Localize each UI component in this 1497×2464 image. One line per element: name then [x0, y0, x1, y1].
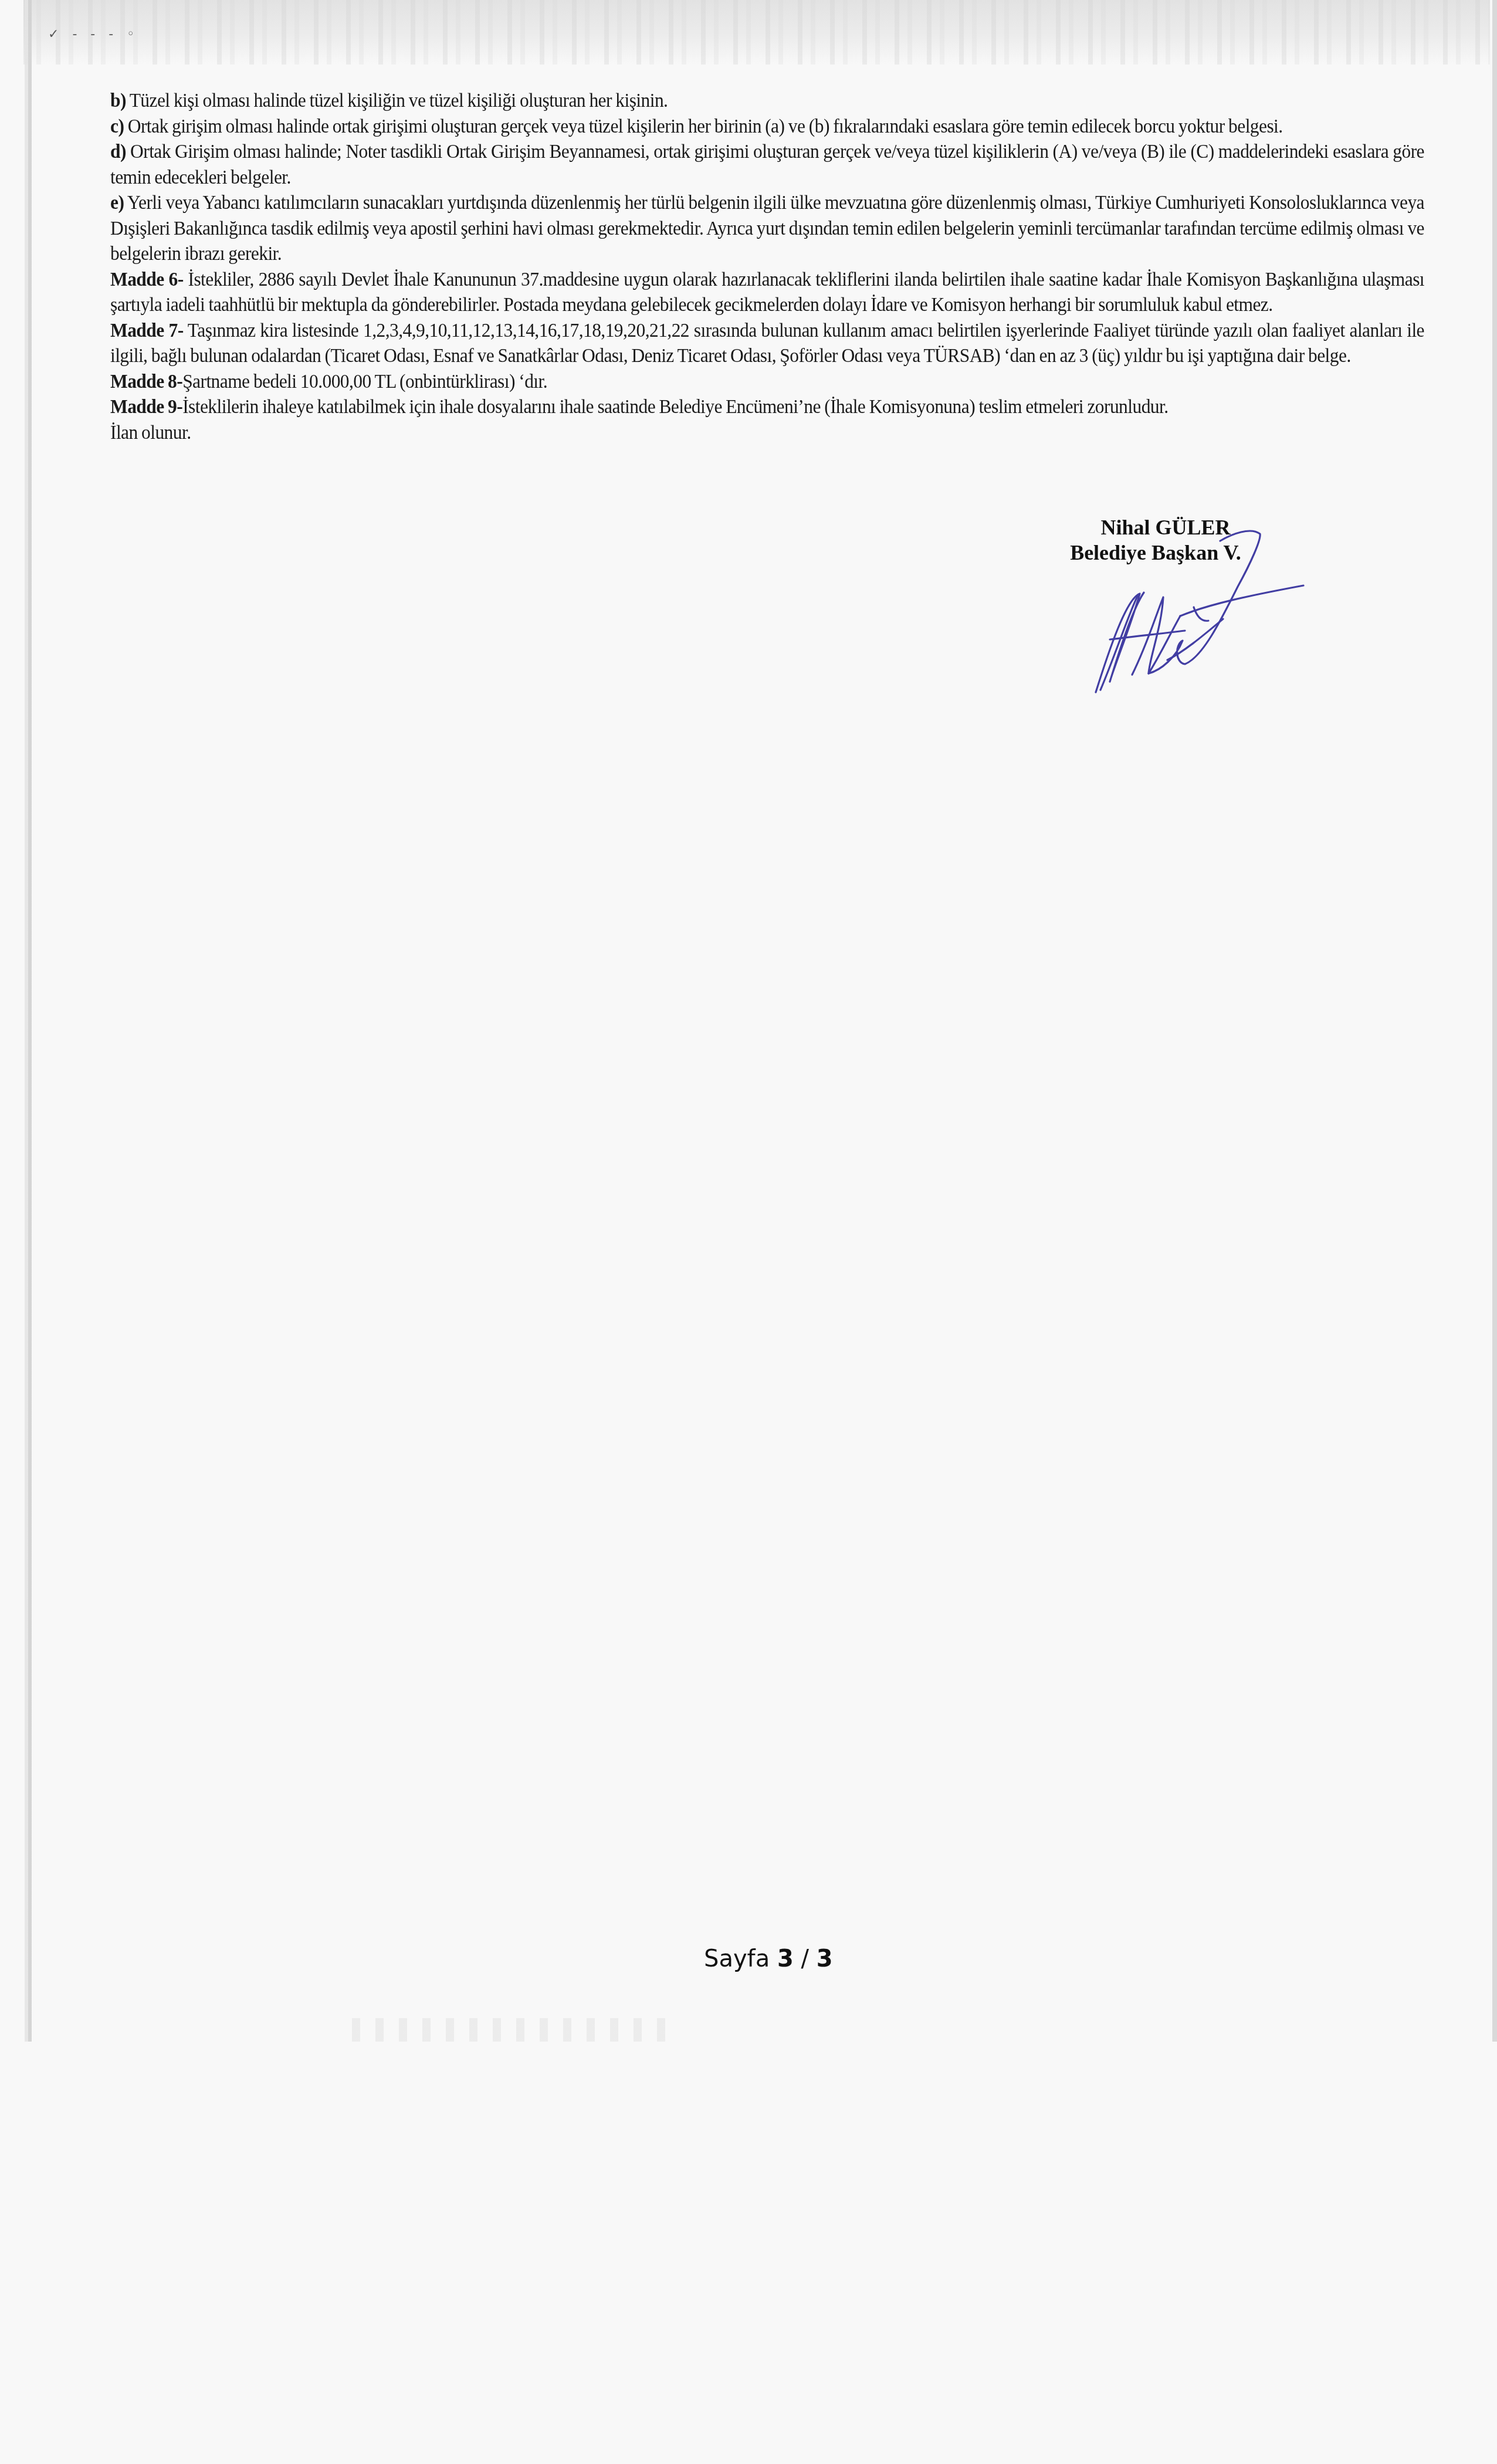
paragraph-text: Ortak girişim olması halinde ortak giriş…	[124, 116, 1282, 137]
scan-left-edge	[25, 0, 32, 2042]
article-6: Madde 6- İstekliler, 2886 sayılı Devlet …	[110, 267, 1424, 318]
scan-right-edge	[1492, 0, 1497, 2042]
article-9: Madde 9-İsteklilerin ihaleye katılabilme…	[110, 394, 1424, 420]
paragraph-lead: b)	[110, 90, 126, 111]
article-heading: Madde 9-	[110, 396, 182, 418]
scan-pen-marks: ✓ ‐ ‐ ‐ ◦	[48, 27, 139, 42]
paragraph-text: Tüzel kişi olması halinde tüzel kişiliği…	[126, 90, 668, 111]
handwritten-signature-icon	[1044, 516, 1314, 698]
paragraph-lead: d)	[110, 141, 126, 163]
page-label: Sayfa	[704, 1945, 770, 1972]
paragraph-lead: c)	[110, 116, 124, 137]
article-text: İstekliler, 2886 sayılı Devlet İhale Kan…	[110, 269, 1424, 316]
paragraph-text: Yerli veya Yabancı katılımcıların sunaca…	[110, 192, 1424, 265]
total-pages: 3	[817, 1945, 833, 1972]
article-text: Şartname bedeli 10.000,00 TL (onbintürkl…	[182, 371, 547, 392]
paragraph-d: d) Ortak Girişim olması halinde; Noter t…	[110, 139, 1424, 190]
scan-bottom-smudge	[352, 2018, 669, 2042]
article-8: Madde 8-Şartname bedeli 10.000,00 TL (on…	[110, 369, 1424, 395]
paragraph-b: b) Tüzel kişi olması halinde tüzel kişil…	[110, 88, 1424, 114]
article-heading: Madde 7-	[110, 320, 184, 341]
scan-top-artifact	[23, 0, 1490, 65]
paragraph-lead: e)	[110, 192, 124, 214]
paragraph-text: İlan olunur.	[110, 422, 191, 444]
page-separator: /	[801, 1945, 808, 1972]
paragraph-c: c) Ortak girişim olması halinde ortak gi…	[110, 114, 1424, 140]
article-text: İsteklilerin ihaleye katılabilmek için i…	[182, 396, 1168, 418]
paragraph-e: e) Yerli veya Yabancı katılımcıların sun…	[110, 190, 1424, 267]
article-text: Taşınmaz kira listesinde 1,2,3,4,9,10,11…	[110, 320, 1424, 367]
article-heading: Madde 8-	[110, 371, 182, 392]
paragraph-text: Ortak Girişim olması halinde; Noter tasd…	[110, 141, 1424, 188]
document-body: b) Tüzel kişi olması halinde tüzel kişil…	[110, 88, 1424, 445]
article-heading: Madde 6-	[110, 269, 184, 290]
article-7: Madde 7- Taşınmaz kira listesinde 1,2,3,…	[110, 318, 1424, 369]
scan-noise	[23, 0, 1490, 65]
closing-line: İlan olunur.	[110, 420, 1424, 446]
current-page: 3	[777, 1945, 794, 1972]
page-footer: Sayfa 3 / 3	[704, 1945, 833, 1972]
